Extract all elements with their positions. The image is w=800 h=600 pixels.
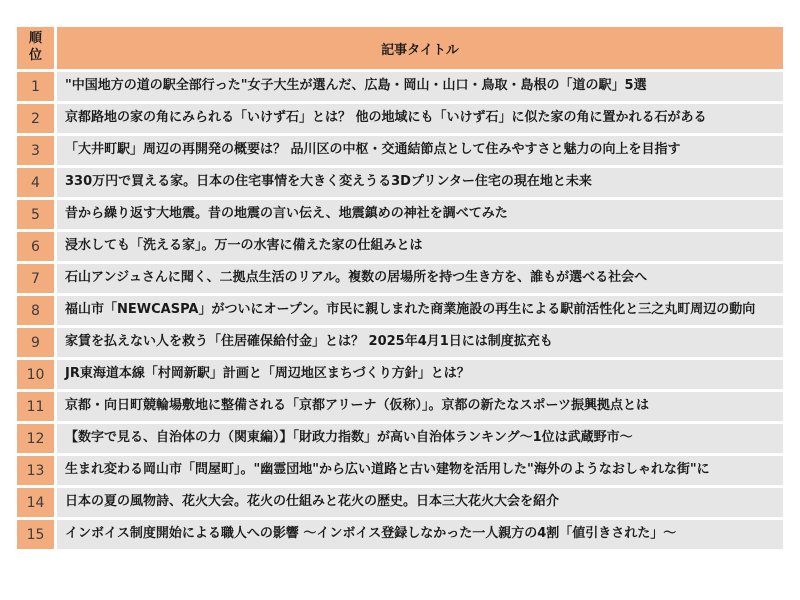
rank-cell: 10 xyxy=(17,360,54,389)
rank-cell: 6 xyxy=(17,232,54,261)
table-row: 3 「大井町駅」周辺の再開発の概要は？ 品川区の中枢・交通結節点として住みやすさ… xyxy=(17,136,783,165)
rank-cell: 7 xyxy=(17,264,54,293)
rank-cell: 2 xyxy=(17,104,54,133)
article-title-cell: 【数字で見る、自治体の力（関東編）】「財政力指数」が高い自治体ランキング～1位は… xyxy=(57,424,783,453)
table-row: 14 日本の夏の風物詩、花火大会。花火の仕組みと花火の歴史。日本三大花火大会を紹… xyxy=(17,488,783,517)
rank-cell: 4 xyxy=(17,168,54,197)
table-row: 7 石山アンジュさんに聞く、二拠点生活のリアル。複数の居場所を持つ生き方を、誰も… xyxy=(17,264,783,293)
rank-cell: 11 xyxy=(17,392,54,421)
rank-cell: 3 xyxy=(17,136,54,165)
rank-cell: 1 xyxy=(17,72,54,101)
article-title-cell: "中国地方の道の駅全部行った"女子大生が選んだ、広島・岡山・山口・鳥取・島根の「… xyxy=(57,72,783,101)
table-row: 9 家賃を払えない人を救う「住居確保給付金」とは？ 2025年4月1日には制度拡… xyxy=(17,328,783,357)
table-row: 12 【数字で見る、自治体の力（関東編）】「財政力指数」が高い自治体ランキング～… xyxy=(17,424,783,453)
table-row: 11 京都・向日町競輪場敷地に整備される「京都アリーナ（仮称）」。京都の新たなス… xyxy=(17,392,783,421)
article-title-cell: 浸水しても「洗える家」。万一の水害に備えた家の仕組みとは xyxy=(57,232,783,261)
rank-cell: 15 xyxy=(17,520,54,549)
article-title-cell: 「大井町駅」周辺の再開発の概要は？ 品川区の中枢・交通結節点として住みやすさと魅… xyxy=(57,136,783,165)
article-title-cell: 京都路地の家の角にみられる「いけず石」とは？ 他の地域にも「いけず石」に似た家の… xyxy=(57,104,783,133)
article-ranking-table: 順位 記事タイトル 1 "中国地方の道の駅全部行った"女子大生が選んだ、広島・岡… xyxy=(14,24,786,552)
rank-cell: 9 xyxy=(17,328,54,357)
table-row: 2 京都路地の家の角にみられる「いけず石」とは？ 他の地域にも「いけず石」に似た… xyxy=(17,104,783,133)
rank-cell: 5 xyxy=(17,200,54,229)
table-row: 5 昔から繰り返す大地震。昔の地震の言い伝え、地震鎮めの神社を調べてみた xyxy=(17,200,783,229)
article-title-cell: 京都・向日町競輪場敷地に整備される「京都アリーナ（仮称）」。京都の新たなスポーツ… xyxy=(57,392,783,421)
article-title-cell: 生まれ変わる岡山市「問屋町」。"幽霊団地"から広い道路と古い建物を活用した"海外… xyxy=(57,456,783,485)
table-row: 10 JR東海道本線「村岡新駅」計画と「周辺地区まちづくり方針」とは？ xyxy=(17,360,783,389)
article-title-cell: JR東海道本線「村岡新駅」計画と「周辺地区まちづくり方針」とは？ xyxy=(57,360,783,389)
article-title-cell: 日本の夏の風物詩、花火大会。花火の仕組みと花火の歴史。日本三大花火大会を紹介 xyxy=(57,488,783,517)
article-title-cell: 石山アンジュさんに聞く、二拠点生活のリアル。複数の居場所を持つ生き方を、誰もが選… xyxy=(57,264,783,293)
article-title-cell: インボイス制度開始による職人への影響 ～インボイス登録しなかった一人親方の4割「… xyxy=(57,520,783,549)
article-title-cell: 家賃を払えない人を救う「住居確保給付金」とは？ 2025年4月1日には制度拡充も xyxy=(57,328,783,357)
table-row: 13 生まれ変わる岡山市「問屋町」。"幽霊団地"から広い道路と古い建物を活用した… xyxy=(17,456,783,485)
rank-cell: 12 xyxy=(17,424,54,453)
table-row: 4 330万円で買える家。日本の住宅事情を大きく変えうる3Dプリンター住宅の現在… xyxy=(17,168,783,197)
table-row: 6 浸水しても「洗える家」。万一の水害に備えた家の仕組みとは xyxy=(17,232,783,261)
rank-column-header: 順位 xyxy=(17,27,54,69)
article-title-cell: 昔から繰り返す大地震。昔の地震の言い伝え、地震鎮めの神社を調べてみた xyxy=(57,200,783,229)
rank-cell: 13 xyxy=(17,456,54,485)
table-row: 1 "中国地方の道の駅全部行った"女子大生が選んだ、広島・岡山・山口・鳥取・島根… xyxy=(17,72,783,101)
rank-cell: 14 xyxy=(17,488,54,517)
rank-cell: 8 xyxy=(17,296,54,325)
title-column-header: 記事タイトル xyxy=(57,27,783,69)
table-header-row: 順位 記事タイトル xyxy=(17,27,783,69)
article-title-cell: 330万円で買える家。日本の住宅事情を大きく変えうる3Dプリンター住宅の現在地と… xyxy=(57,168,783,197)
article-title-cell: 福山市「NEWCASPA」がついにオープン。市民に親しまれた商業施設の再生による… xyxy=(57,296,783,325)
table-row: 8 福山市「NEWCASPA」がついにオープン。市民に親しまれた商業施設の再生に… xyxy=(17,296,783,325)
table-row: 15 インボイス制度開始による職人への影響 ～インボイス登録しなかった一人親方の… xyxy=(17,520,783,549)
